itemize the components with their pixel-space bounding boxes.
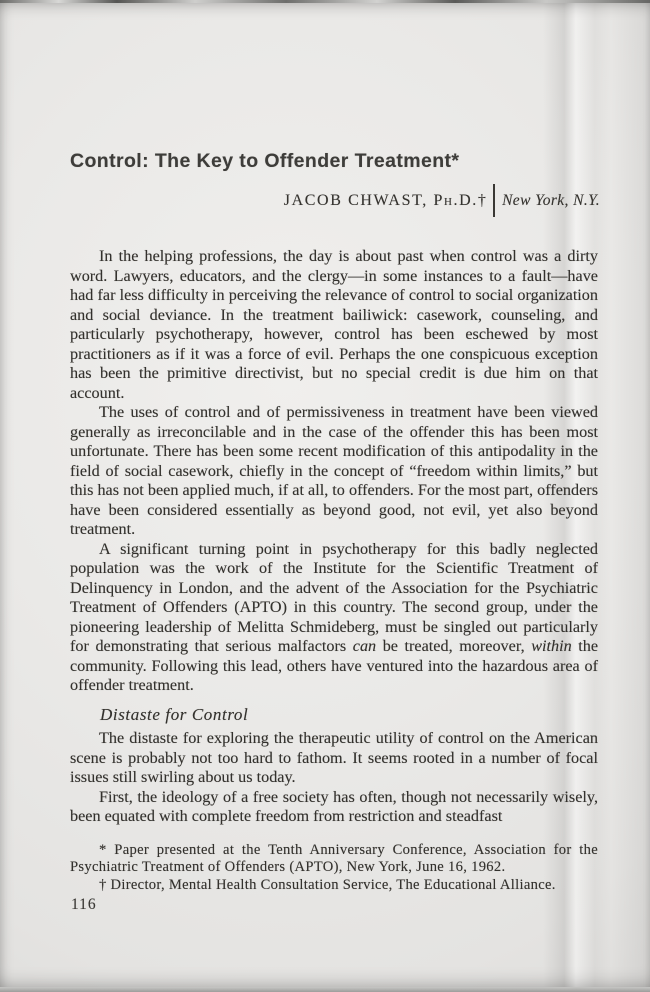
paper-page: Control: The Key to Offender Treatment* … [0,3,650,988]
author-name: JACOB CHWAST, Ph.D.† [284,192,488,210]
emphasis-can: can [353,637,376,655]
scanned-page-background: Control: The Key to Offender Treatment* … [0,0,650,992]
paragraph-intro-1: In the helping professions, the day is a… [70,247,598,403]
paragraph-distaste-2: First, the ideology of a free society ha… [70,788,598,827]
article-title: Control: The Key to Offender Treatment* [70,150,459,173]
paragraph-3-text: be treated, moreover, [376,637,531,655]
footnote-dagger: † Director, Mental Health Consultation S… [70,877,598,895]
paragraph-intro-3: A significant turning point in psychothe… [70,540,598,696]
author-location: New York, N.Y. [502,192,600,210]
footnote-asterisk: * Paper presented at the Tenth Anniversa… [70,842,598,877]
footnotes-block: * Paper presented at the Tenth Anniversa… [70,842,598,895]
section-heading-distaste-for-control: Distaste for Control [70,705,598,725]
byline: JACOB CHWAST, Ph.D.† New York, N.Y. [284,184,600,217]
article-body: In the helping professions, the day is a… [70,247,598,894]
emphasis-within: within [531,637,571,655]
byline-separator-rule [493,184,495,217]
page-number: 116 [71,896,97,914]
paragraph-distaste-1: The distaste for exploring the therapeut… [70,729,598,788]
scan-bottom-edge [0,987,650,992]
paragraph-intro-2: The uses of control and of permissivenes… [70,403,598,540]
